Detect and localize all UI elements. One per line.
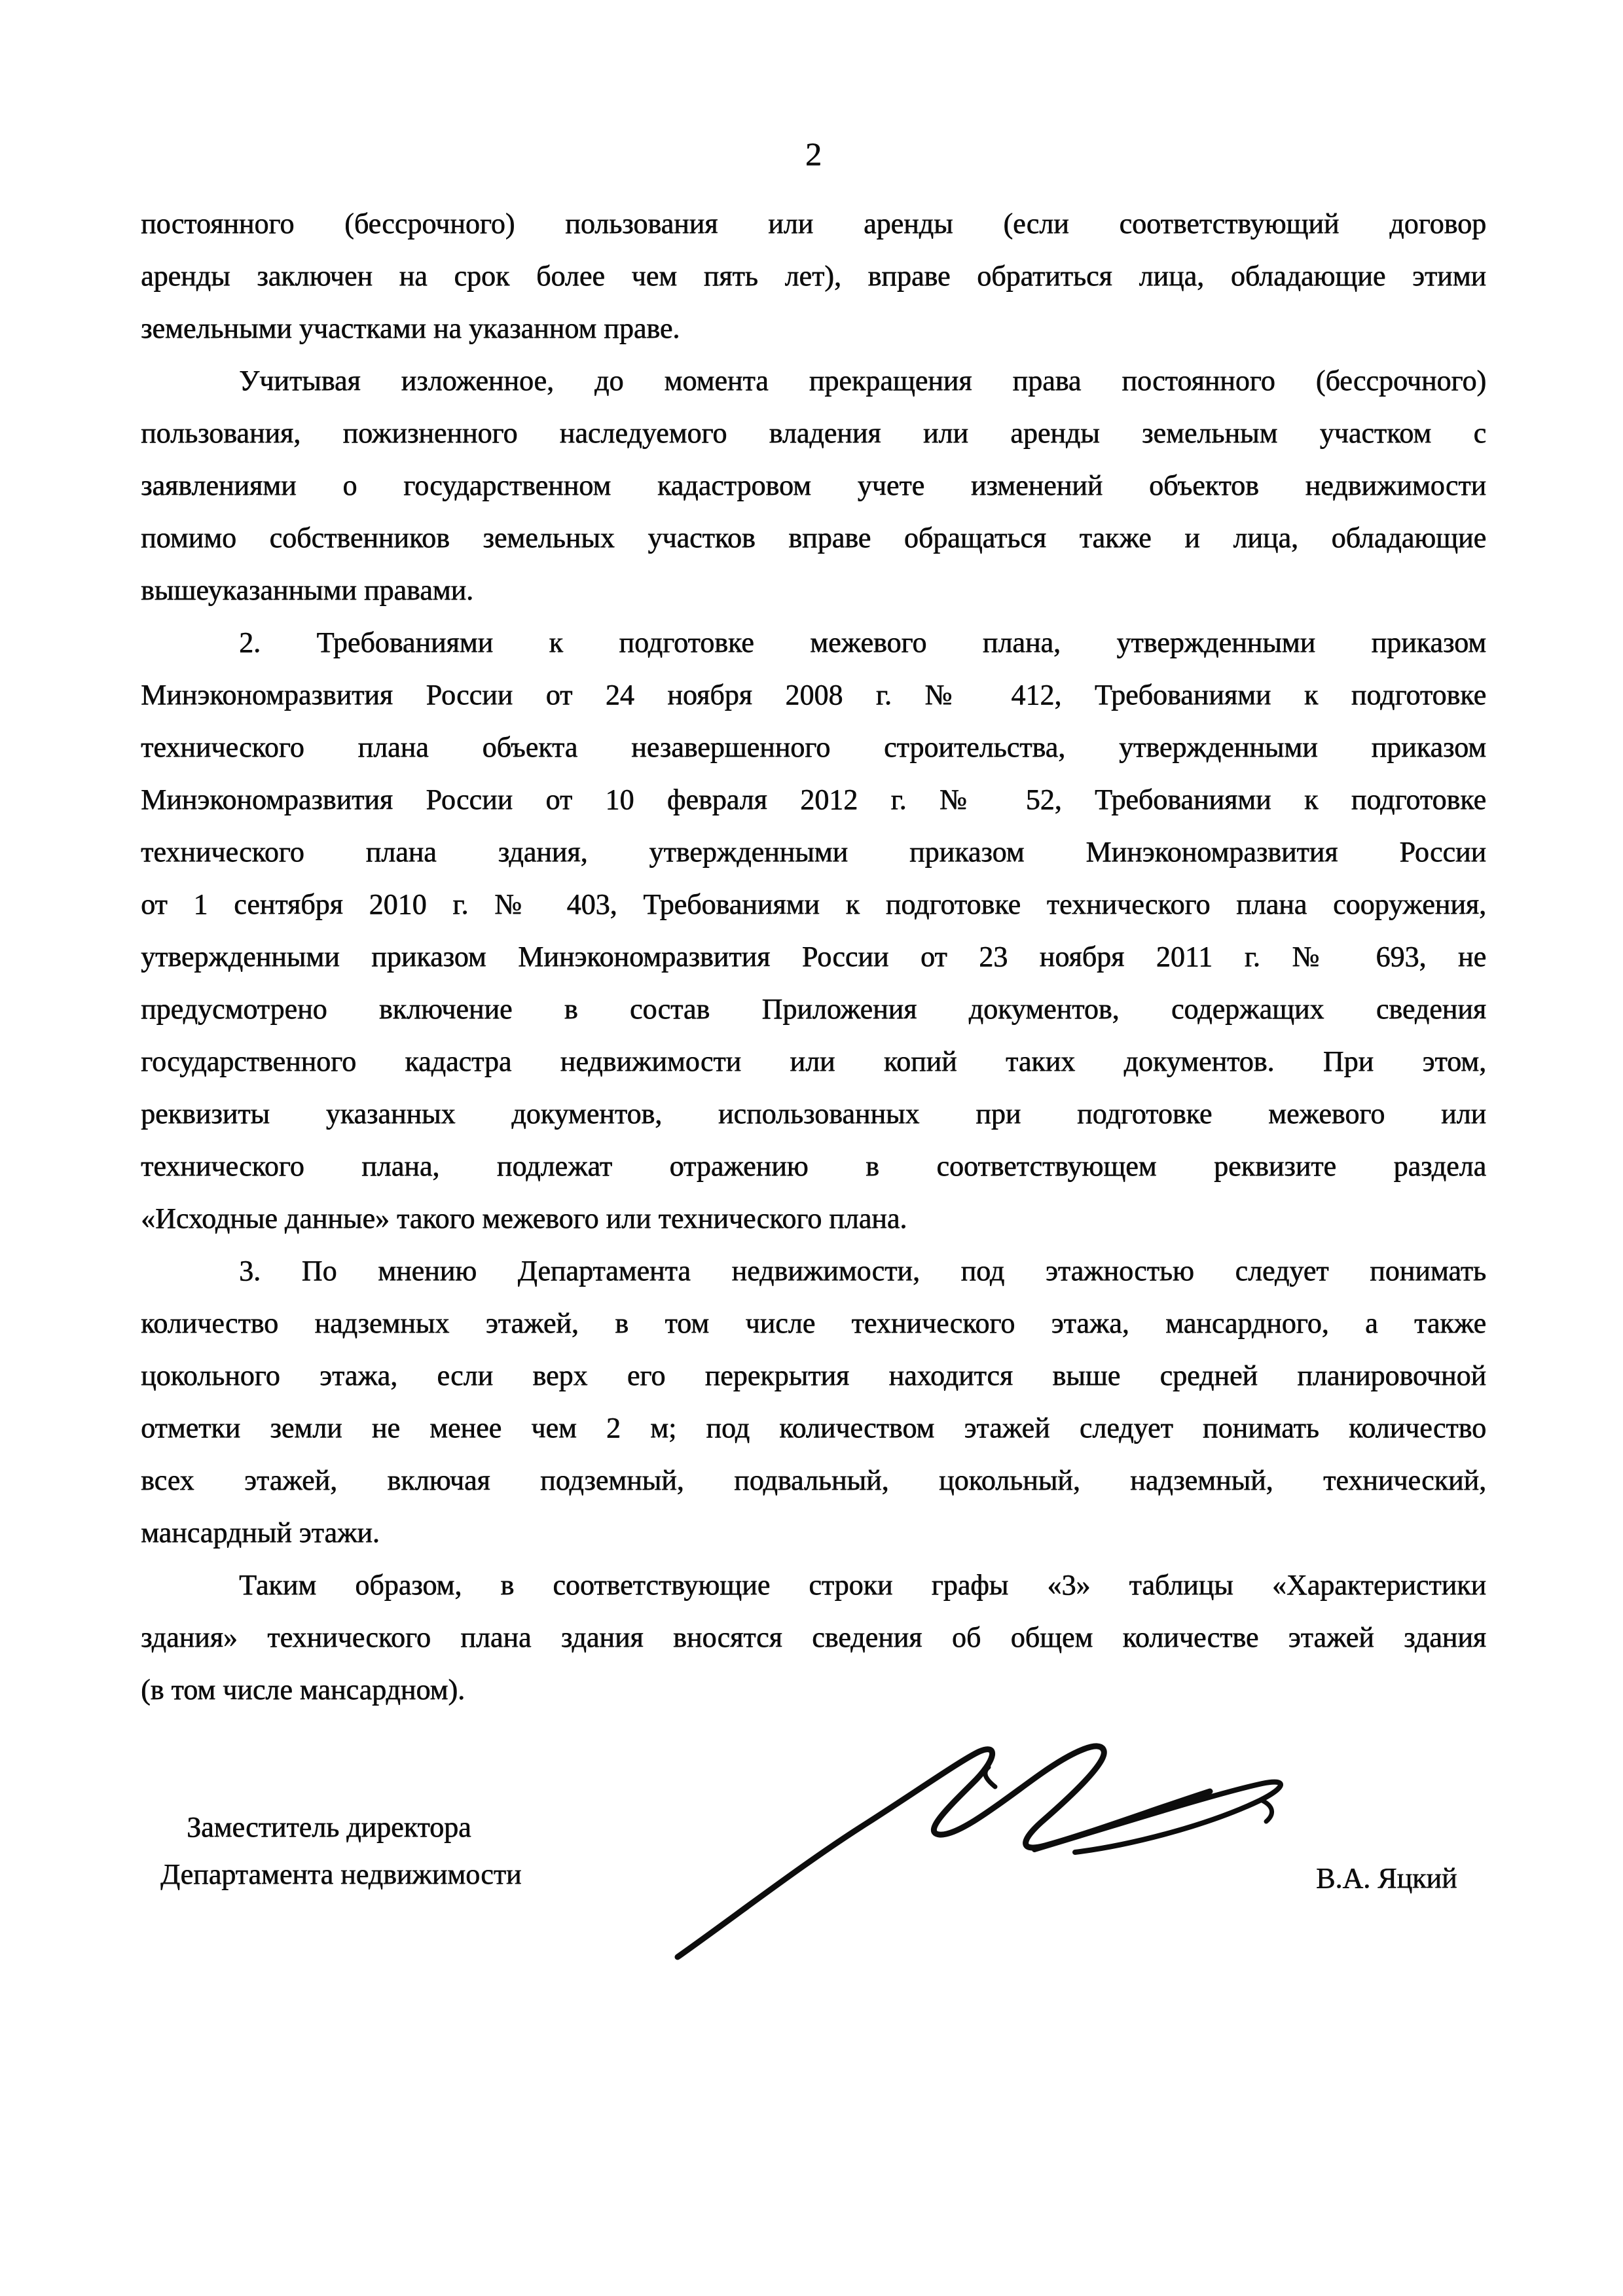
text-line: мансардный этажи. <box>141 1507 1486 1559</box>
handwritten-signature-icon <box>642 1721 1309 1983</box>
text-line: предусмотрено включение в состав Приложе… <box>141 983 1486 1035</box>
text-line: пользования, пожизненного наследуемого в… <box>141 407 1486 459</box>
text-line: технического плана, подлежат отражению в… <box>141 1140 1486 1193</box>
text-line: Минэкономразвития России от 24 ноября 20… <box>141 669 1486 721</box>
text-line: аренды заключен на срок более чем пять л… <box>141 250 1486 302</box>
text-line: всех этажей, включая подземный, подвальн… <box>141 1454 1486 1507</box>
document-body: постоянного (бессрочного) пользования ил… <box>141 198 1486 1716</box>
text-line: (в том числе мансардном). <box>141 1664 1486 1716</box>
text-line: здания» технического плана здания вносят… <box>141 1611 1486 1664</box>
signatory-role-line-2: Департамента недвижимости <box>160 1851 521 1898</box>
text-line: 3. По мнению Департамента недвижимости, … <box>141 1245 1486 1297</box>
text-line: технического плана объекта незавершенног… <box>141 721 1486 774</box>
text-line: количество надземных этажей, в том числе… <box>141 1297 1486 1350</box>
text-line: отметки земли не менее чем 2 м; под коли… <box>141 1402 1486 1454</box>
text-line: цокольного этажа, если верх его перекрыт… <box>141 1350 1486 1402</box>
paragraph: Учитывая изложенное, до момента прекраще… <box>141 355 1486 617</box>
text-line: реквизиты указанных документов, использо… <box>141 1088 1486 1140</box>
signatory-name: В.А. Яцкий <box>1316 1859 1457 1898</box>
paragraph: Таким образом, в соответствующие строки … <box>141 1559 1486 1716</box>
text-line: технического плана здания, утвержденными… <box>141 826 1486 878</box>
paragraph: 2. Требованиями к подготовке межевого пл… <box>141 617 1486 1245</box>
text-line: Минэкономразвития России от 10 февраля 2… <box>141 774 1486 826</box>
text-line: заявлениями о государственном кадастрово… <box>141 459 1486 512</box>
signatory-role-line-1: Заместитель директора <box>160 1804 521 1851</box>
text-line: «Исходные данные» такого межевого или те… <box>141 1193 1486 1245</box>
signatory-role: Заместитель директора Департамента недви… <box>160 1804 521 1898</box>
text-line: земельными участками на указанном праве. <box>141 302 1486 355</box>
page-number: 2 <box>141 134 1486 173</box>
text-line: утвержденными приказом Минэкономразвития… <box>141 931 1486 983</box>
text-line: вышеуказанными правами. <box>141 564 1486 617</box>
text-line: постоянного (бессрочного) пользования ил… <box>141 198 1486 250</box>
text-line: помимо собственников земельных участков … <box>141 512 1486 564</box>
paragraph: постоянного (бессрочного) пользования ил… <box>141 198 1486 355</box>
text-line: от 1 сентября 2010 г. № 403, Требованиям… <box>141 878 1486 931</box>
text-line: Учитывая изложенное, до момента прекраще… <box>141 355 1486 407</box>
text-line: 2. Требованиями к подготовке межевого пл… <box>141 617 1486 669</box>
text-line: государственного кадастра недвижимости и… <box>141 1035 1486 1088</box>
paragraph: 3. По мнению Департамента недвижимости, … <box>141 1245 1486 1559</box>
document-page: 2 постоянного (бессрочного) пользования … <box>0 0 1623 2296</box>
text-line: Таким образом, в соответствующие строки … <box>141 1559 1486 1611</box>
